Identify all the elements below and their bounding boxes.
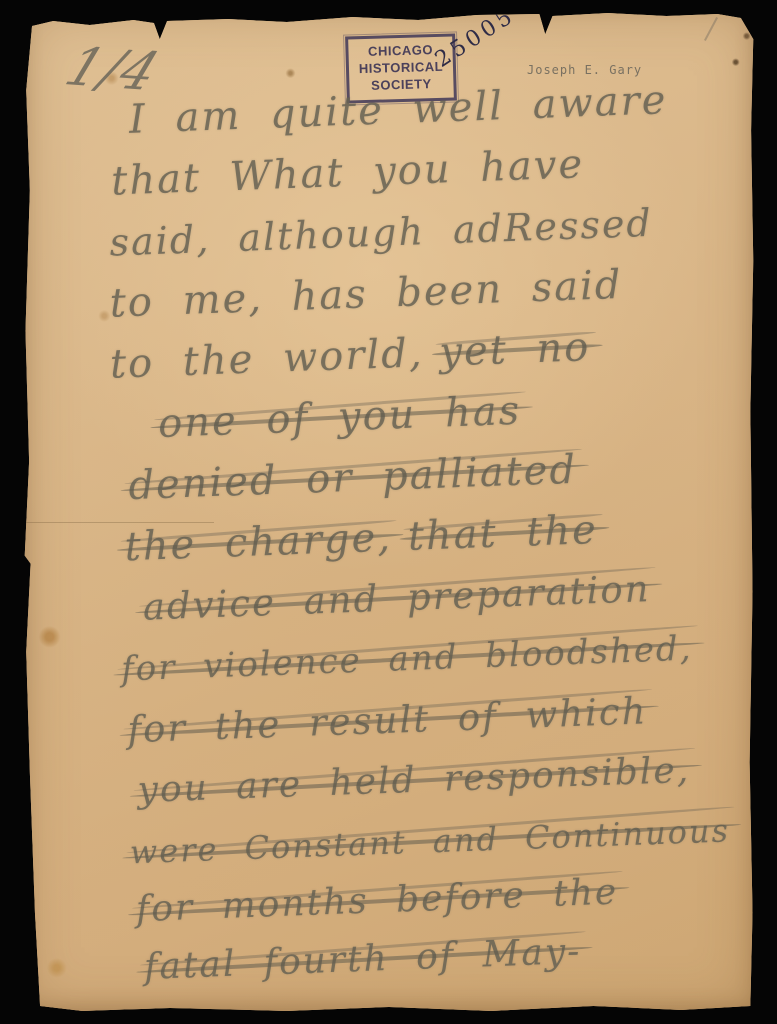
struck-text-segment: that the	[407, 501, 599, 566]
struck-text-segment: one of you has	[157, 382, 522, 453]
stamp-line-2: HISTORICAL	[355, 59, 447, 78]
manuscript-page: 1/4 CHICAGO HISTORICAL SOCIETY 25005 Jos…	[24, 10, 754, 1013]
text-segment: to the world,	[109, 324, 425, 393]
photo-background: 1/4 CHICAGO HISTORICAL SOCIETY 25005 Jos…	[0, 0, 777, 1024]
struck-text-segment: yet no	[438, 318, 591, 381]
corner-scratch-mark	[704, 17, 718, 41]
manuscript-handwriting: I am quite well awarethat What you haves…	[98, 69, 751, 997]
struck-text-segment: the charge,	[124, 509, 393, 577]
